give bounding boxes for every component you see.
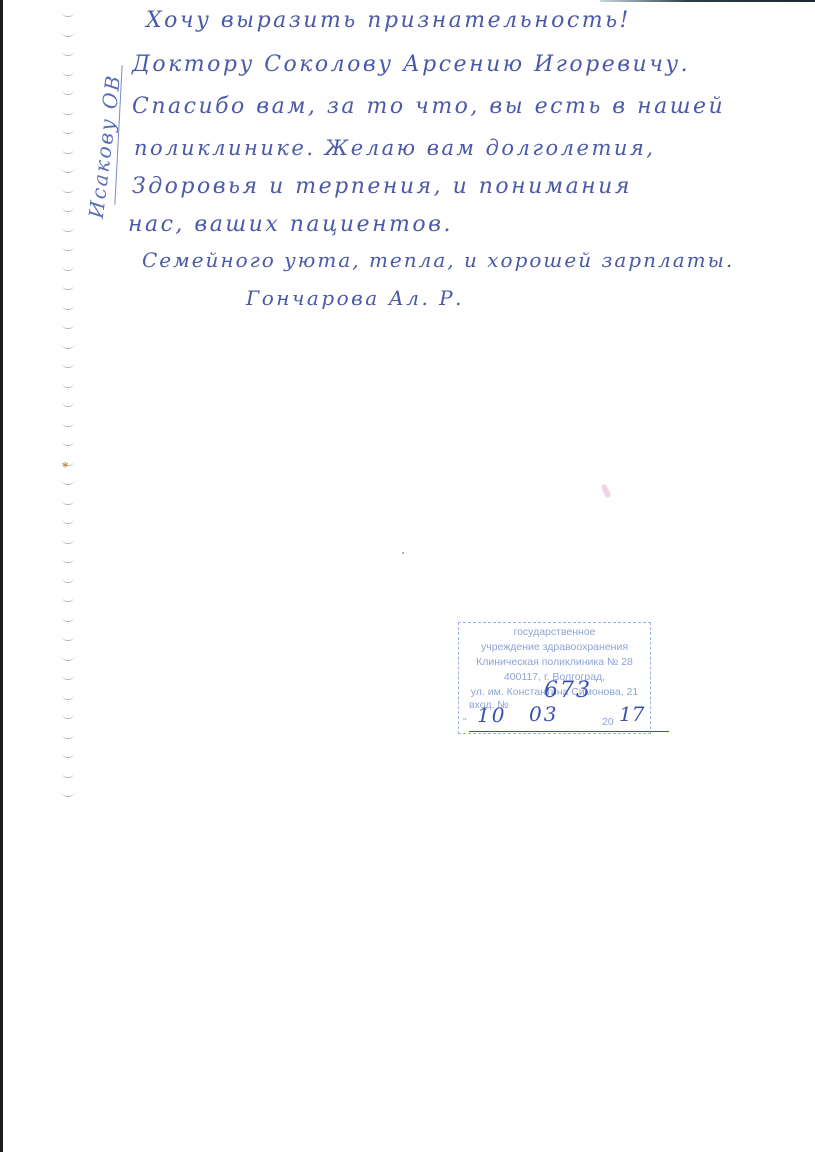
perforation-mark xyxy=(62,636,74,641)
perforation-mark xyxy=(62,558,74,563)
perforation-mark xyxy=(62,441,74,446)
perforation-mark xyxy=(62,168,74,173)
letter-line-6: нас, ваших пациентов. xyxy=(128,212,453,237)
perforation-mark xyxy=(62,792,74,797)
perforation-mark xyxy=(62,129,74,134)
perforation-mark xyxy=(62,539,74,544)
stamp-date-underline xyxy=(469,731,669,732)
perforation-mark xyxy=(62,578,74,583)
stamp-line-2: учреждение здравоохранения xyxy=(459,640,650,655)
perforation-mark xyxy=(62,656,74,661)
perforation-mark xyxy=(62,110,74,115)
perforation-mark xyxy=(62,734,74,739)
perforation-mark xyxy=(62,500,74,505)
stamp-day: 10 xyxy=(477,708,506,723)
registration-stamp: государственное учреждение здравоохранен… xyxy=(458,622,651,734)
scan-top-edge xyxy=(600,0,815,2)
perforation-mark xyxy=(62,71,74,76)
perforation-mark xyxy=(62,51,74,56)
letter-line-7: Семейного уюта, тепла, и хорошей зарплат… xyxy=(142,248,734,272)
stamp-registration-number: 673 xyxy=(544,683,592,698)
perforation-mark xyxy=(62,422,74,427)
scan-speck-orange: * xyxy=(62,460,68,474)
stamp-month: 03 xyxy=(529,707,558,722)
scan-left-edge xyxy=(0,0,3,1152)
margin-note-text: Исакову ОВ xyxy=(84,18,132,219)
stamp-year-prefix: 20 xyxy=(602,715,614,730)
stamp-line-1: государственное xyxy=(459,625,650,640)
perforation-mark xyxy=(62,344,74,349)
perforation-mark xyxy=(62,753,74,758)
perforation-mark xyxy=(62,90,74,95)
perforation-mark xyxy=(62,675,74,680)
perforation-marks xyxy=(62,0,82,800)
perforation-mark xyxy=(62,714,74,719)
perforation-mark xyxy=(62,695,74,700)
perforation-mark xyxy=(62,305,74,310)
perforation-mark xyxy=(62,266,74,271)
scan-speck-pink xyxy=(600,483,611,498)
perforation-mark xyxy=(62,773,74,778)
signature: Гончарова Ал. Р. xyxy=(246,286,464,310)
perforation-mark xyxy=(62,617,74,622)
perforation-mark xyxy=(62,207,74,212)
perforation-mark xyxy=(62,363,74,368)
perforation-mark xyxy=(62,324,74,329)
perforation-mark xyxy=(62,383,74,388)
perforation-mark xyxy=(62,402,74,407)
perforation-mark xyxy=(62,188,74,193)
perforation-mark xyxy=(62,519,74,524)
scan-dot xyxy=(402,552,404,554)
stamp-date-prefix: " xyxy=(463,715,467,730)
letter-line-2: Доктору Соколову Арсению Игоревичу. xyxy=(132,52,690,77)
perforation-mark xyxy=(62,227,74,232)
perforation-mark xyxy=(62,597,74,602)
letter-line-1: Хочу выразить признательность! xyxy=(146,8,631,33)
stamp-year: 17 xyxy=(619,707,644,722)
stamp-line-3: Клиническая поликлиника № 28 xyxy=(459,655,650,670)
margin-note: Исакову ОВ xyxy=(88,12,118,232)
letter-line-3: Спасибо вам, за то что, вы есть в нашей xyxy=(132,94,725,119)
perforation-mark xyxy=(62,285,74,290)
letter-line-5: Здоровья и терпения, и понимания xyxy=(132,174,632,199)
perforation-mark xyxy=(62,12,74,17)
letter-line-4: поликлинике. Желаю вам долголетия, xyxy=(134,136,655,160)
perforation-mark xyxy=(62,246,74,251)
perforation-mark xyxy=(62,149,74,154)
perforation-mark xyxy=(62,32,74,37)
perforation-mark xyxy=(62,480,74,485)
